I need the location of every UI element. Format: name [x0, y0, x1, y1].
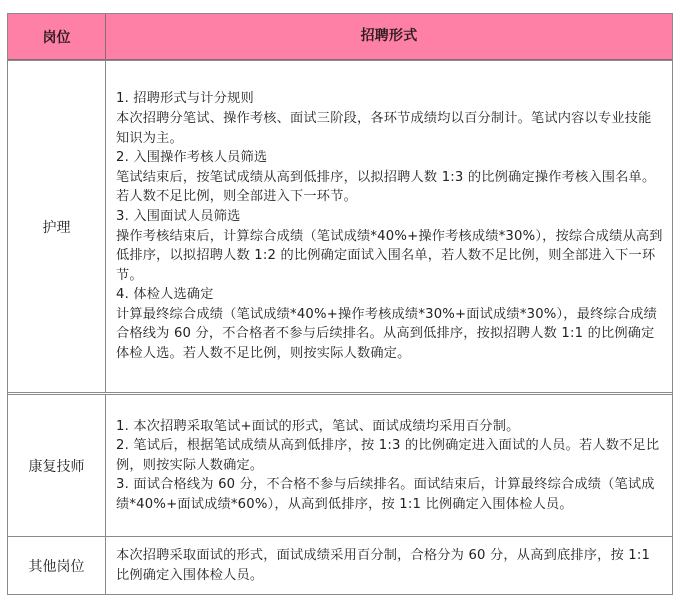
position-cell: 其他岗位 — [8, 537, 106, 594]
rule-heading: 2. 入围操作考核人员筛选 — [116, 148, 664, 168]
rule-text: 2. 笔试后，根据笔试成绩从高到低排序，按 1:3 的比例确定进入面试的人员。若… — [116, 436, 664, 475]
position-cell: 护理 — [8, 61, 106, 392]
rule-text: 操作考核结束后，计算综合成绩（笔试成绩*40%+操作考核成绩*30%），按综合成… — [116, 227, 664, 286]
table-row-rehab-technician: 康复技师 1. 本次招聘采取笔试+面试的形式，笔试、面试成绩均采用百分制。 2.… — [8, 392, 672, 536]
table-header-row: 岗位 招聘形式 — [8, 14, 672, 60]
rule-text: 本次招聘分笔试、操作考核、面试三阶段，各环节成绩均以百分制计。笔试内容以专业技能… — [116, 109, 664, 148]
rule-heading: 4. 体检人选确定 — [116, 285, 664, 305]
table-row-nursing: 护理 1. 招聘形式与计分规则 本次招聘分笔试、操作考核、面试三阶段，各环节成绩… — [8, 60, 672, 392]
table-row-other-positions: 其他岗位 本次招聘采取面试的形式，面试成绩采用百分制，合格分为 60 分，从高到… — [8, 536, 672, 594]
recruitment-table: 岗位 招聘形式 护理 1. 招聘形式与计分规则 本次招聘分笔试、操作考核、面试三… — [7, 13, 673, 595]
position-cell: 康复技师 — [8, 395, 106, 536]
recruitment-form-cell: 1. 招聘形式与计分规则 本次招聘分笔试、操作考核、面试三阶段，各环节成绩均以百… — [106, 61, 672, 392]
header-recruitment-form: 招聘形式 — [106, 14, 672, 59]
rule-text: 笔试结束后，按笔试成绩从高到低排序，以拟招聘人数 1:3 的比例确定操作考核入围… — [116, 168, 664, 207]
recruitment-form-cell: 1. 本次招聘采取笔试+面试的形式，笔试、面试成绩均采用百分制。 2. 笔试后，… — [106, 395, 672, 536]
recruitment-form-cell: 本次招聘采取面试的形式，面试成绩采用百分制，合格分为 60 分，从高到底排序，按… — [106, 537, 672, 594]
rule-heading: 3. 入围面试人员筛选 — [116, 207, 664, 227]
rule-text: 计算最终综合成绩（笔试成绩*40%+操作考核成绩*30%+面试成绩*30%），最… — [116, 305, 664, 364]
rule-text: 本次招聘采取面试的形式，面试成绩采用百分制，合格分为 60 分，从高到底排序，按… — [116, 546, 664, 585]
rule-heading: 1. 招聘形式与计分规则 — [116, 89, 664, 109]
rule-text: 1. 本次招聘采取笔试+面试的形式，笔试、面试成绩均采用百分制。 — [116, 417, 664, 437]
rule-text: 3. 面试合格线为 60 分，不合格不参与后续排名。面试结束后，计算最终综合成绩… — [116, 475, 664, 514]
header-position: 岗位 — [8, 14, 106, 59]
